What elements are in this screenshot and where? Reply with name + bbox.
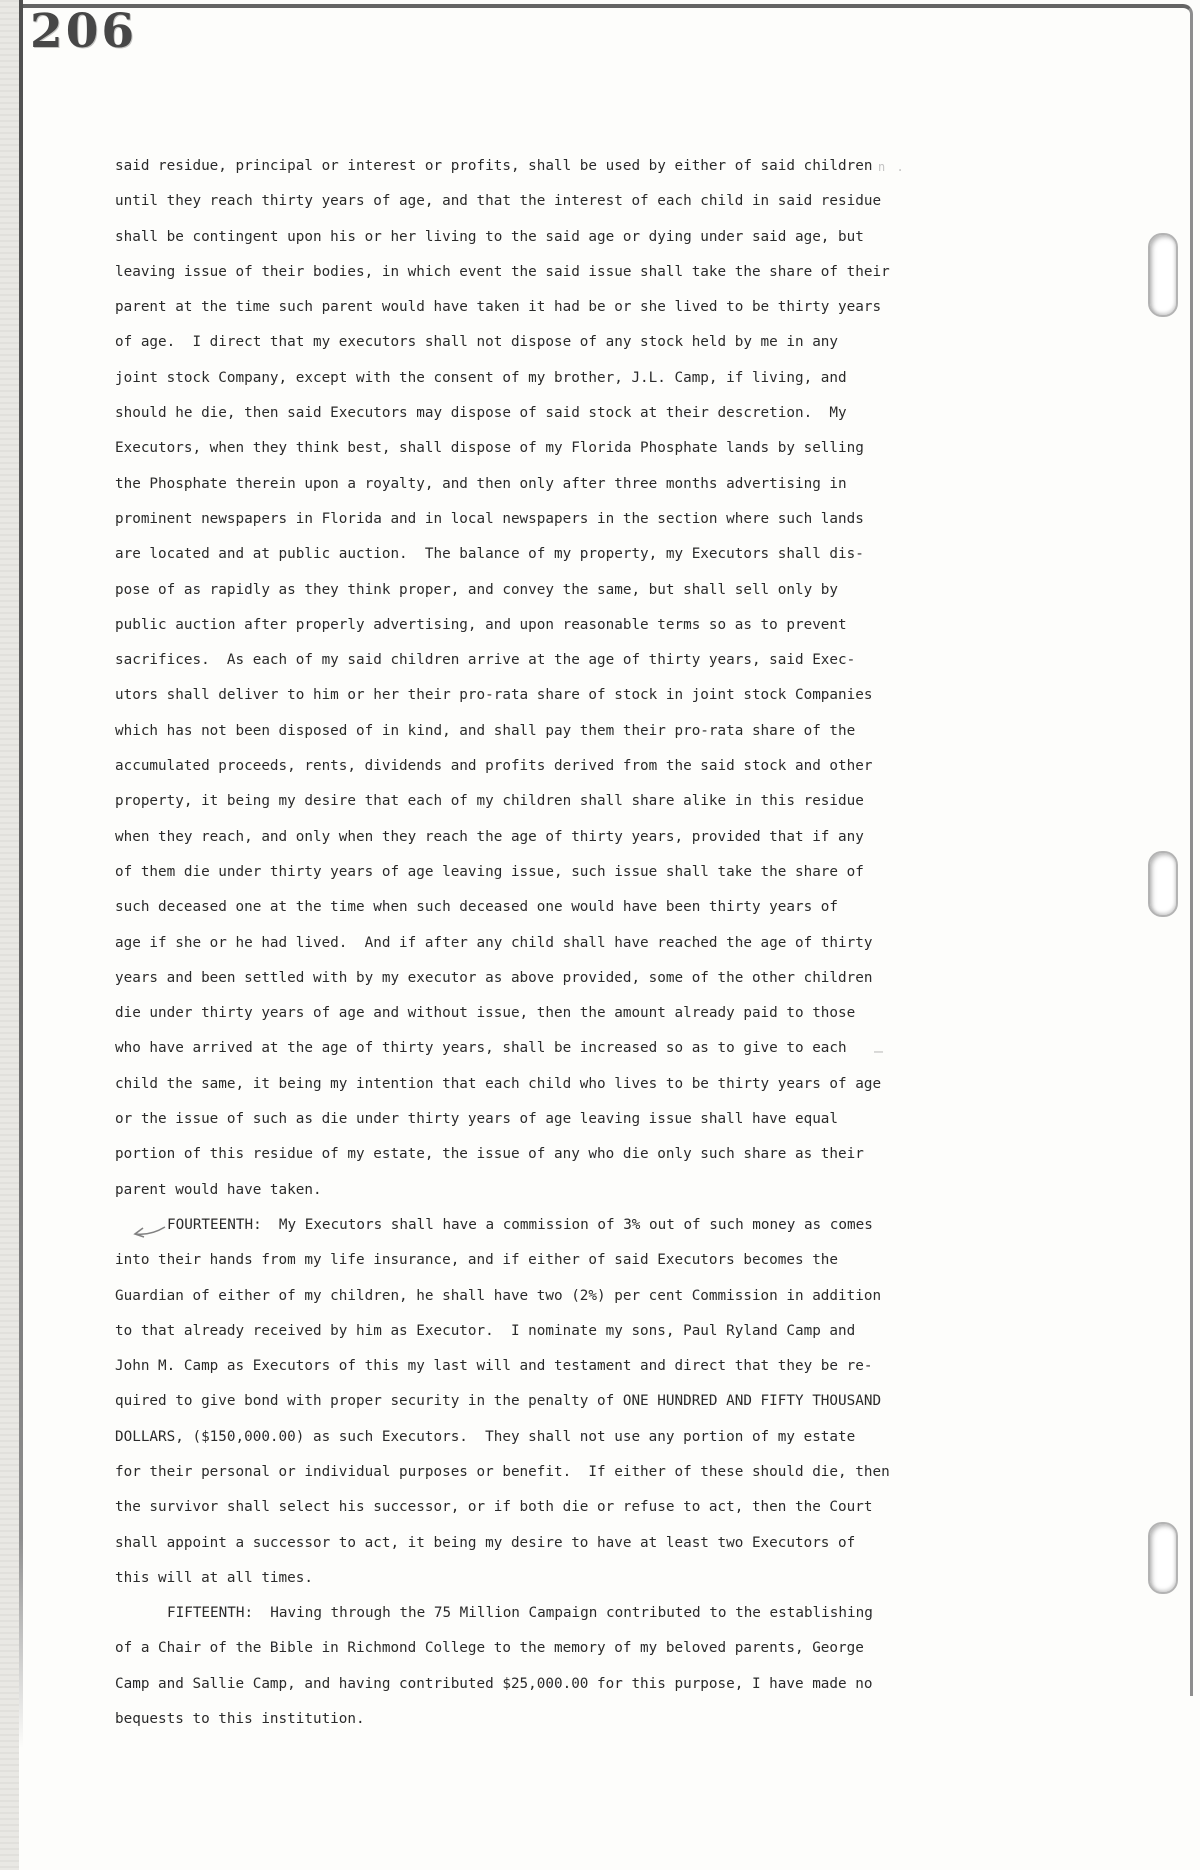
text-line: Guardian of either of my children, he sh… [115, 1279, 915, 1314]
stray-pencil-mark: n . [878, 160, 906, 174]
text-line: DOLLARS, ($150,000.00) as such Executors… [115, 1420, 915, 1455]
text-line: age if she or he had lived. And if after… [115, 926, 915, 961]
text-line: parent at the time such parent would hav… [115, 290, 915, 325]
text-line: years and been settled with by my execut… [115, 961, 915, 996]
text-line: which has not been disposed of in kind, … [115, 714, 915, 749]
text-line: such deceased one at the time when such … [115, 890, 915, 925]
stray-pencil-dash: – [874, 1042, 885, 1060]
text-line: should he die, then said Executors may d… [115, 396, 915, 431]
text-line: John M. Camp as Executors of this my las… [115, 1349, 915, 1384]
text-line: to that already received by him as Execu… [115, 1314, 915, 1349]
document-text-body: said residue, principal or interest or p… [115, 149, 915, 1737]
text-line: shall be contingent upon his or her livi… [115, 220, 915, 255]
text-line: for their personal or individual purpose… [115, 1455, 915, 1490]
binder-hole [1148, 233, 1178, 317]
text-line: accumulated proceeds, rents, dividends a… [115, 749, 915, 784]
text-line: until they reach thirty years of age, an… [115, 184, 915, 219]
text-line: Camp and Sallie Camp, and having contrib… [115, 1667, 915, 1702]
text-line: this will at all times. [115, 1561, 915, 1596]
text-line: prominent newspapers in Florida and in l… [115, 502, 915, 537]
text-line: the survivor shall select his successor,… [115, 1490, 915, 1525]
binder-hole [1148, 851, 1178, 917]
scan-left-edge-strip [0, 0, 19, 1870]
text-line: FOURTEENTH: My Executors shall have a co… [115, 1208, 915, 1243]
text-line: portion of this residue of my estate, th… [115, 1137, 915, 1172]
text-line: parent would have taken. [115, 1173, 915, 1208]
pencil-arrow-annotation-icon [131, 1223, 167, 1243]
text-line: of a Chair of the Bible in Richmond Coll… [115, 1631, 915, 1666]
text-line: or the issue of such as die under thirty… [115, 1102, 915, 1137]
text-line: FIFTEENTH: Having through the 75 Million… [115, 1596, 915, 1631]
text-line: the Phosphate therein upon a royalty, an… [115, 467, 915, 502]
text-line: sacrifices. As each of my said children … [115, 643, 915, 678]
text-line: utors shall deliver to him or her their … [115, 678, 915, 713]
text-line: joint stock Company, except with the con… [115, 361, 915, 396]
text-line: die under thirty years of age and withou… [115, 996, 915, 1031]
scanned-document-page: 206 said residue, principal or interest … [0, 0, 1200, 1870]
text-line: public auction after properly advertisin… [115, 608, 915, 643]
text-line: shall appoint a successor to act, it bei… [115, 1526, 915, 1561]
text-line: child the same, it being my intention th… [115, 1067, 915, 1102]
text-line: when they reach, and only when they reac… [115, 820, 915, 855]
text-line: of age. I direct that my executors shall… [115, 325, 915, 360]
page-left-border-line [19, 0, 23, 1748]
page-number-stamp: 206 [30, 4, 137, 59]
text-line: quired to give bond with proper security… [115, 1384, 915, 1419]
text-line: who have arrived at the age of thirty ye… [115, 1031, 915, 1066]
text-line: Executors, when they think best, shall d… [115, 431, 915, 466]
text-line: pose of as rapidly as they think proper,… [115, 573, 915, 608]
text-line: of them die under thirty years of age le… [115, 855, 915, 890]
text-line: bequests to this institution. [115, 1702, 915, 1737]
text-line: leaving issue of their bodies, in which … [115, 255, 915, 290]
text-line: are located and at public auction. The b… [115, 537, 915, 572]
binder-hole [1148, 1522, 1178, 1594]
text-line: said residue, principal or interest or p… [115, 149, 915, 184]
text-line: property, it being my desire that each o… [115, 784, 915, 819]
text-line: into their hands from my life insurance,… [115, 1243, 915, 1278]
